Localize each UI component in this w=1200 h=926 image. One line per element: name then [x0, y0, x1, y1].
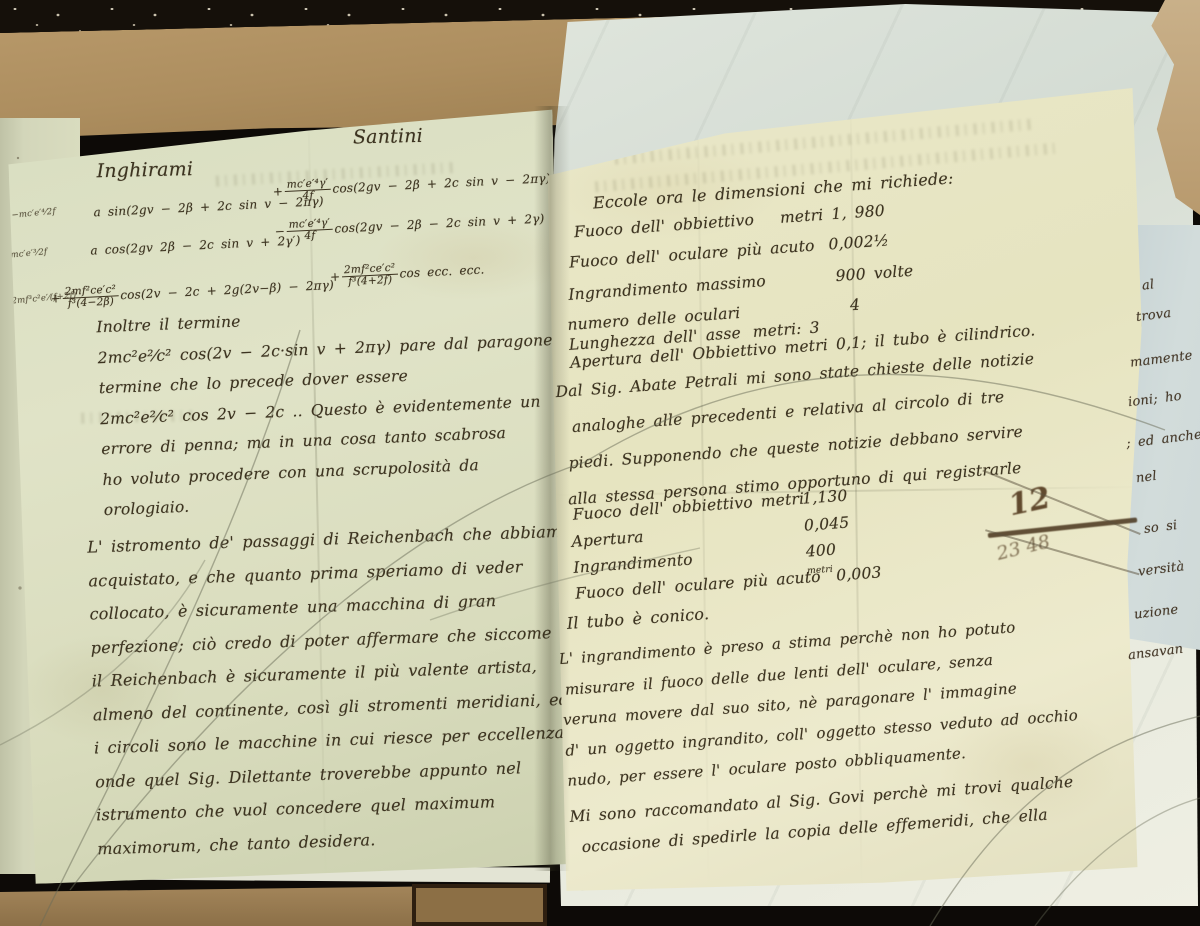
handwriting-fragment: ansavan: [1127, 642, 1184, 664]
spec-value: 0,002½: [828, 231, 890, 253]
side-sheet-fragments: al trova mamente ioni; ho ; ed anche nel…: [1128, 250, 1200, 670]
spec-value: 4: [849, 296, 860, 315]
handwriting-fragment: mamente: [1129, 348, 1193, 371]
spec-label: Fuoco dell' oculare più acuto: [569, 237, 816, 272]
handwriting-fragment: trova: [1135, 306, 1172, 325]
handwriting-fragment: al: [1141, 277, 1155, 293]
paragraph-block: L' istromento de' passaggi di Reichenbac…: [87, 515, 582, 866]
page-header-santini: Santini: [353, 125, 423, 149]
book-cover-edge: [412, 884, 547, 926]
spec-value: 0,045: [803, 513, 850, 534]
bottom-cardboard: [0, 886, 455, 926]
ink-mark-bar: [988, 517, 1138, 538]
handwriting-fragment: uzione: [1133, 602, 1179, 622]
spec-label: Fuoco dell' obbiettivo: [573, 211, 754, 242]
left-page: Inghirami Santini a sin(2gv − 2β + 2c si…: [7, 102, 569, 884]
spec-value: metri 1, 980: [779, 202, 885, 227]
handwriting-fragment: ; ed anche: [1125, 427, 1200, 451]
paragraph-block: Inoltre il termine 2mc²e²⁄c² cos(2v − 2c…: [96, 293, 591, 526]
spec-value: 900 volte: [835, 262, 914, 285]
ink-mark-number: 12: [1005, 480, 1053, 523]
paragraph-block: L' ingrandimento è preso a stima perchè …: [558, 608, 1081, 796]
spec-unit-note: metri: [807, 565, 833, 577]
spec-value: 0,003: [836, 563, 883, 584]
formula-line: −mc′e′⁴γ′4fcos(2gv − 2β − 2c sin v + 2γ): [274, 207, 545, 243]
formula-line: +2mf²ce′c²f³(4+2f)cos ecc. ecc.: [329, 258, 485, 289]
handwriting-fragment: ioni; ho: [1127, 389, 1182, 410]
formula-line: a cos(2gv 2β − 2c sin v + 2γ′): [90, 233, 301, 257]
ink-smudge: 12 23 48: [986, 482, 1200, 600]
spec-value: 1,130: [802, 487, 849, 508]
spec-label: Ingrandimento massimo: [568, 272, 767, 304]
spec-value: 400: [805, 540, 836, 560]
manuscript-photo: Inghirami Santini a sin(2gv − 2β + 2c si…: [0, 0, 1200, 926]
page-header-inghirami: Inghirami: [96, 158, 193, 182]
